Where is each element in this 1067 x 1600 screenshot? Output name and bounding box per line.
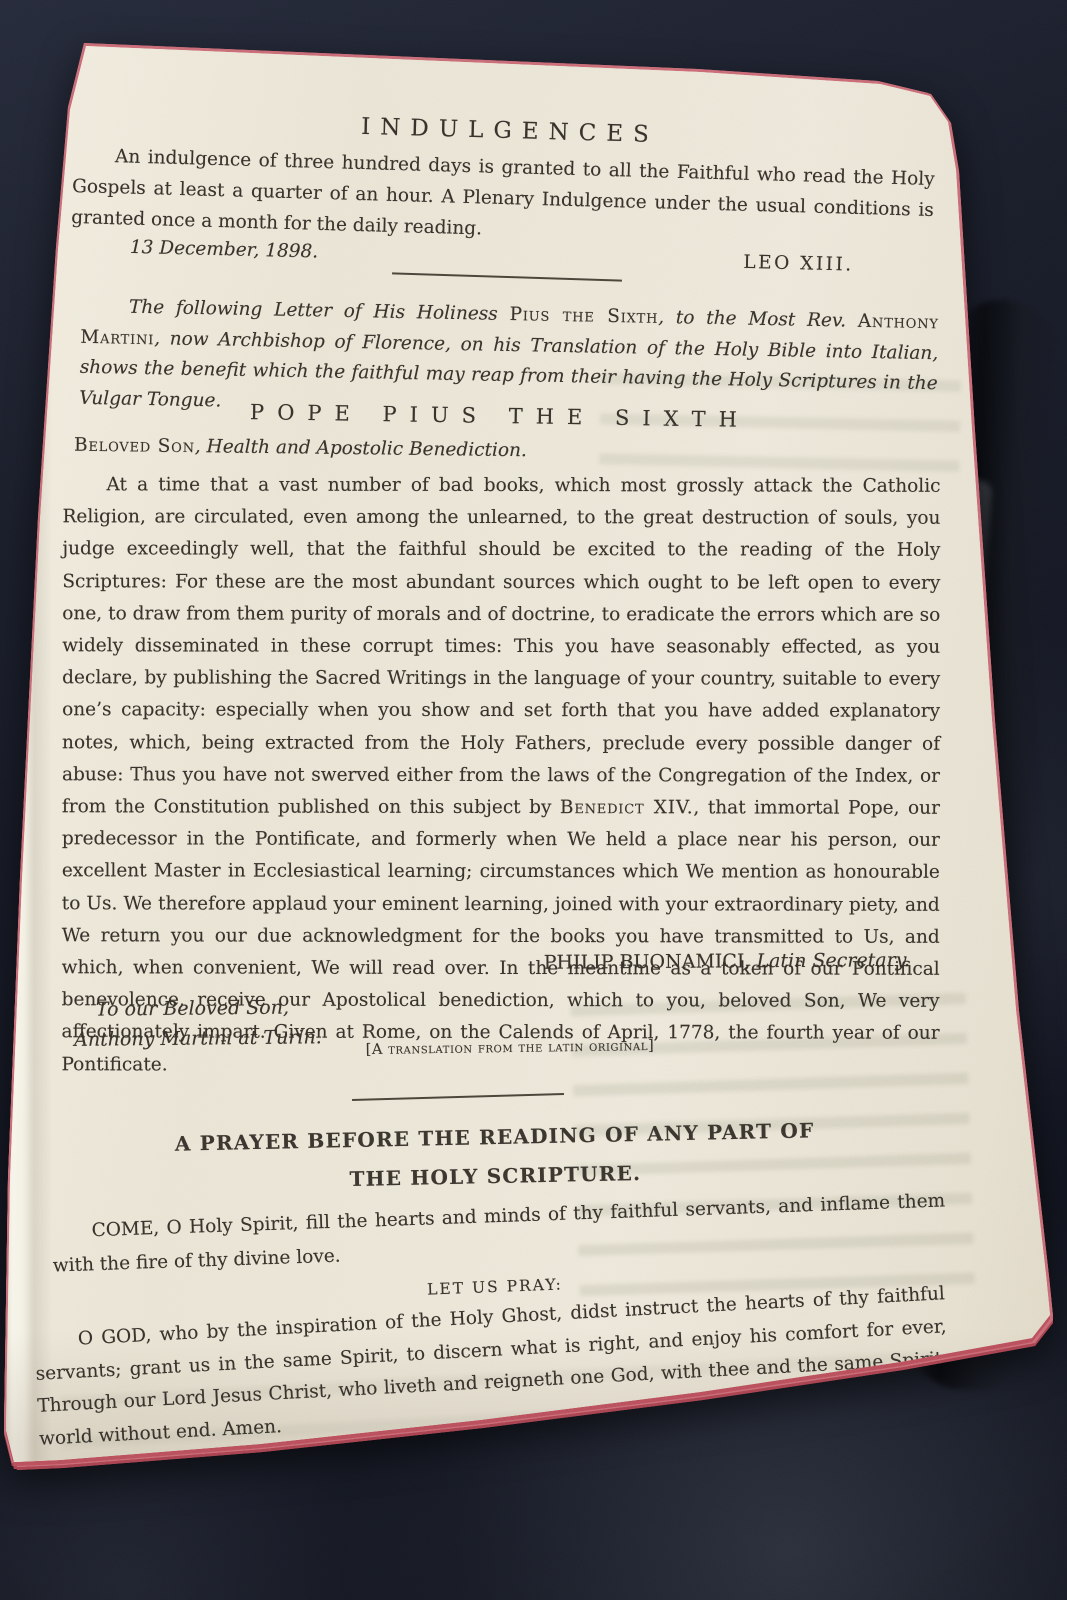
signature-name: PHILIP BUONAMICI	[544, 950, 745, 973]
benedict-xiv-smallcaps: Benedict XIV.	[560, 797, 694, 818]
pope-leo-signature: LEO XIII.	[743, 252, 854, 276]
decree-date: 13 December, 1898.	[130, 237, 319, 263]
book-page-wrap: INDULGENCES An indulgence of three hundr…	[0, 0, 1067, 1600]
intro-run: The following Letter of His Holiness	[129, 297, 510, 325]
salutation-benediction: , Health and Apostolic Benediction.	[195, 436, 527, 461]
section-divider-top	[392, 272, 622, 281]
signature-title: Latin Secretary.	[756, 949, 910, 972]
book-photo: INDULGENCES An indulgence of three hundr…	[0, 0, 1067, 1600]
book-page: INDULGENCES An indulgence of three hundr…	[0, 0, 1067, 1600]
intro-run: , to the Most Rev.	[658, 307, 858, 332]
pius-the-sixth-smallcaps: Pius the Sixth	[509, 304, 658, 328]
body-run: At a time that a vast number of bad book…	[62, 474, 941, 818]
section-divider-bottom	[352, 1093, 564, 1101]
salutation-line: Beloved Son, Health and Apostolic Benedi…	[74, 435, 944, 467]
signature-separator: ,	[744, 950, 756, 972]
beloved-son-smallcaps: Beloved Son	[74, 435, 195, 457]
